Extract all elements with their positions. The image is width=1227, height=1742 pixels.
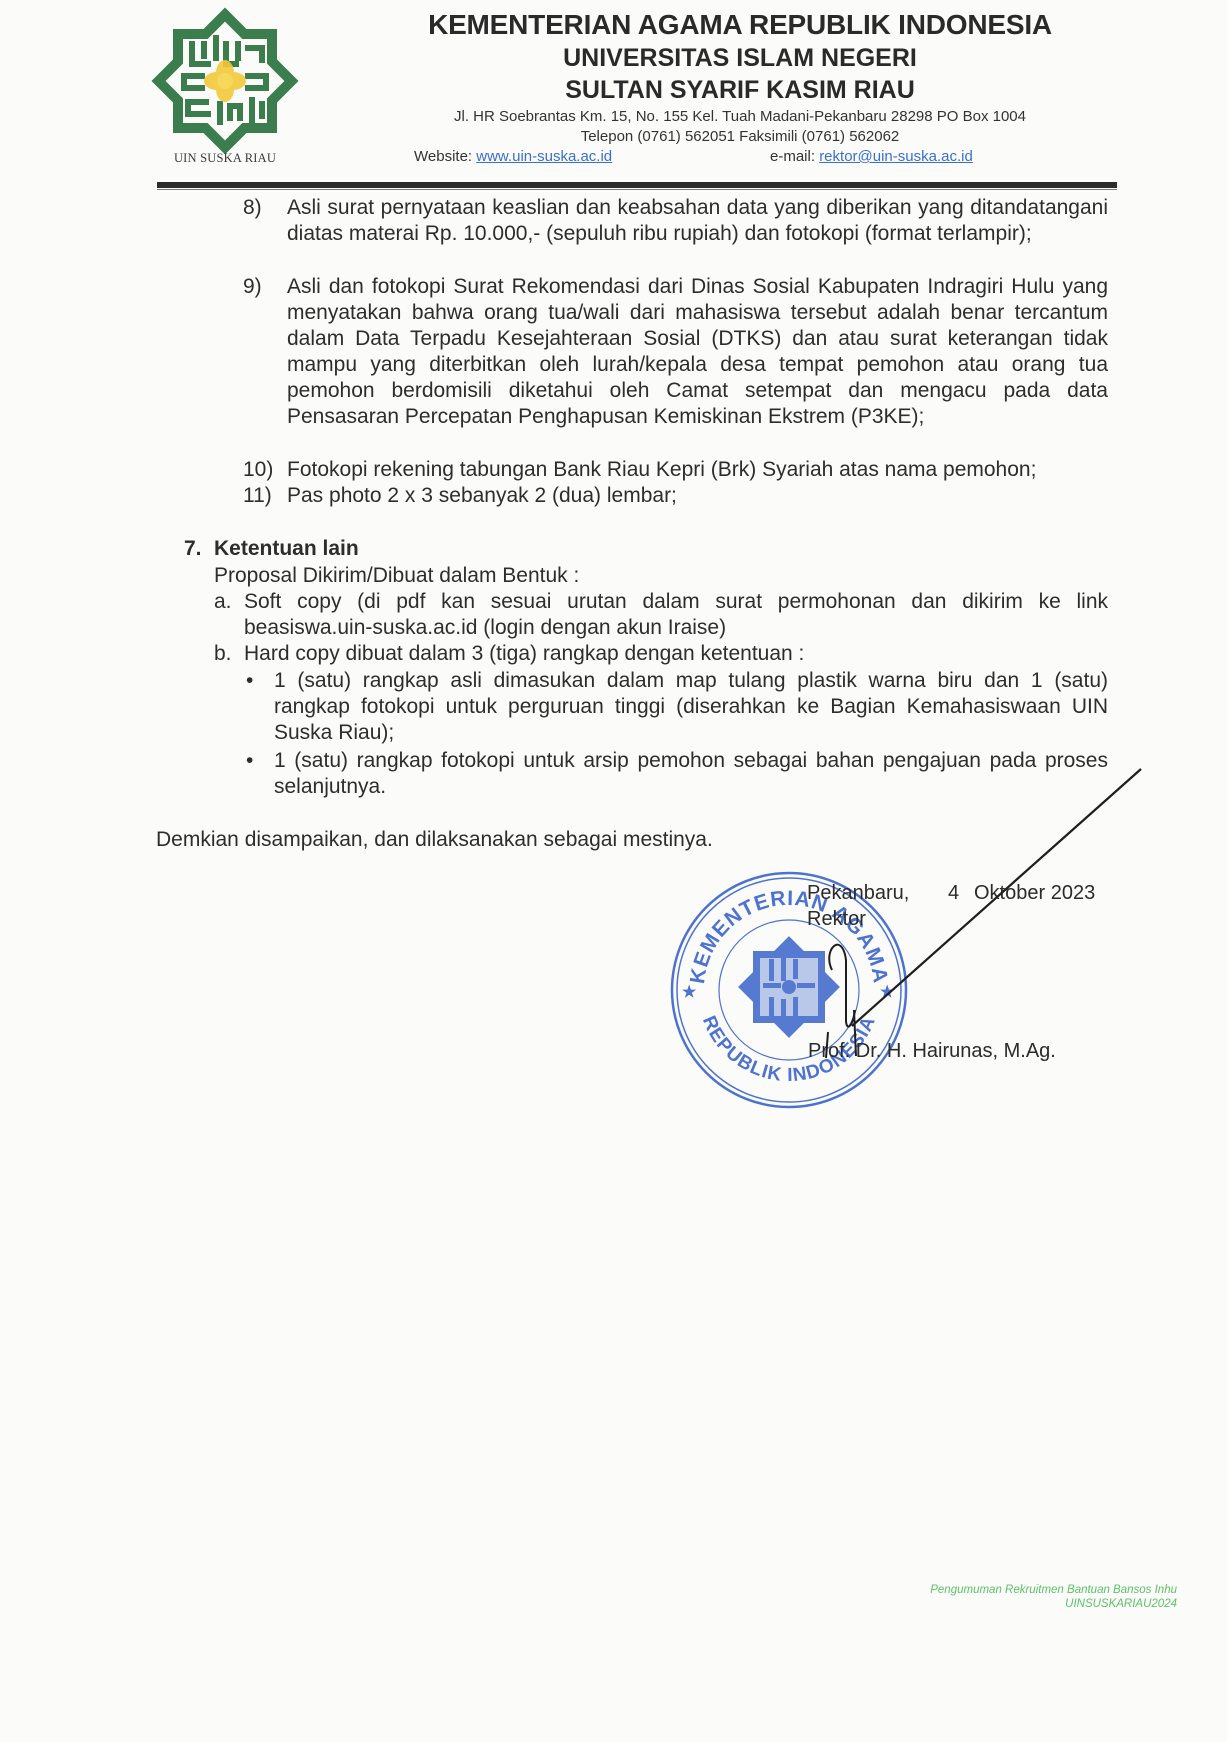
handwritten-signature xyxy=(0,0,1227,1742)
letterhead-divider xyxy=(157,182,1117,188)
req-number-11: 11) xyxy=(243,483,272,509)
item-a-label: a. xyxy=(214,589,232,615)
address-line: Jl. HR Soebrantas Km. 15, No. 155 Kel. T… xyxy=(330,108,1150,125)
university-title: UNIVERSITAS ISLAM NEGERI xyxy=(330,44,1150,73)
logo-caption: UIN SUSKA RIAU xyxy=(150,151,300,166)
uin-suska-star-icon xyxy=(150,6,300,156)
bullet-icon: • xyxy=(246,668,253,694)
item-b-label: b. xyxy=(214,641,232,667)
bullet-icon: • xyxy=(246,748,253,774)
section-7-intro: Proposal Dikirim/Dibuat dalam Bentuk : xyxy=(214,563,579,589)
footer-note-line1: Pengumuman Rekruitmen Bantuan Bansos Inh… xyxy=(930,1583,1177,1597)
email-block: e-mail: rektor@uin-suska.ac.id xyxy=(770,148,973,165)
signature-date: Oktober 2023 xyxy=(974,882,1095,905)
req-number-10: 10) xyxy=(243,457,273,483)
section-7-number: 7. xyxy=(184,536,202,562)
phone-line: Telepon (0761) 562051 Faksimili (0761) 5… xyxy=(330,128,1150,145)
req-number-9: 9) xyxy=(243,274,262,300)
bullet-text-2: 1 (satu) rangkap fotokopi untuk arsip pe… xyxy=(274,748,1108,800)
signature-position: Rektor xyxy=(807,908,866,931)
official-stamp: KEMENTERIAN AGAMA REPUBLIK INDONESIA ★ ★ xyxy=(668,869,910,1111)
signature-place: Pekanbaru, xyxy=(807,882,909,905)
website-block: Website: www.uin-suska.ac.id xyxy=(414,148,612,165)
item-b-text: Hard copy dibuat dalam 3 (tiga) rangkap … xyxy=(244,641,1108,667)
ministry-title: KEMENTERIAN AGAMA REPUBLIK INDONESIA xyxy=(330,9,1150,41)
email-link[interactable]: rektor@uin-suska.ac.id xyxy=(819,148,973,165)
req-text-10: Fotokopi rekening tabungan Bank Riau Kep… xyxy=(287,457,1127,483)
university-name: SULTAN SYARIF KASIM RIAU xyxy=(330,76,1150,105)
section-7-title: Ketentuan lain xyxy=(214,536,359,562)
letterhead-divider-thin xyxy=(157,189,1117,190)
closing-statement: Demkian disampaikan, dan dilaksanakan se… xyxy=(156,827,713,853)
signatory-name: Prof. Dr. H. Hairunas, M.Ag. xyxy=(808,1040,1056,1063)
bullet-text-1: 1 (satu) rangkap asli dimasukan dalam ma… xyxy=(274,668,1108,746)
req-text-8: Asli surat pernyataan keaslian dan keabs… xyxy=(287,195,1108,247)
footer-note-line2: UINSUSKARIAU2024 xyxy=(930,1597,1177,1611)
website-label: Website: xyxy=(414,148,472,165)
req-text-9: Asli dan fotokopi Surat Rekomendasi dari… xyxy=(287,274,1108,430)
req-number-8: 8) xyxy=(243,195,262,221)
signature-day: 4 xyxy=(948,882,959,905)
req-text-11: Pas photo 2 x 3 sebanyak 2 (dua) lembar; xyxy=(287,483,1108,509)
university-logo xyxy=(150,6,300,156)
footer-note: Pengumuman Rekruitmen Bantuan Bansos Inh… xyxy=(930,1583,1177,1611)
stamp-seal-icon: KEMENTERIAN AGAMA REPUBLIK INDONESIA ★ ★ xyxy=(668,869,910,1111)
item-a-text: Soft copy (di pdf kan sesuai urutan dala… xyxy=(244,589,1108,641)
email-label: e-mail: xyxy=(770,148,815,165)
svg-text:★: ★ xyxy=(682,984,697,1001)
website-link[interactable]: www.uin-suska.ac.id xyxy=(476,148,612,165)
svg-text:★: ★ xyxy=(880,984,895,1001)
